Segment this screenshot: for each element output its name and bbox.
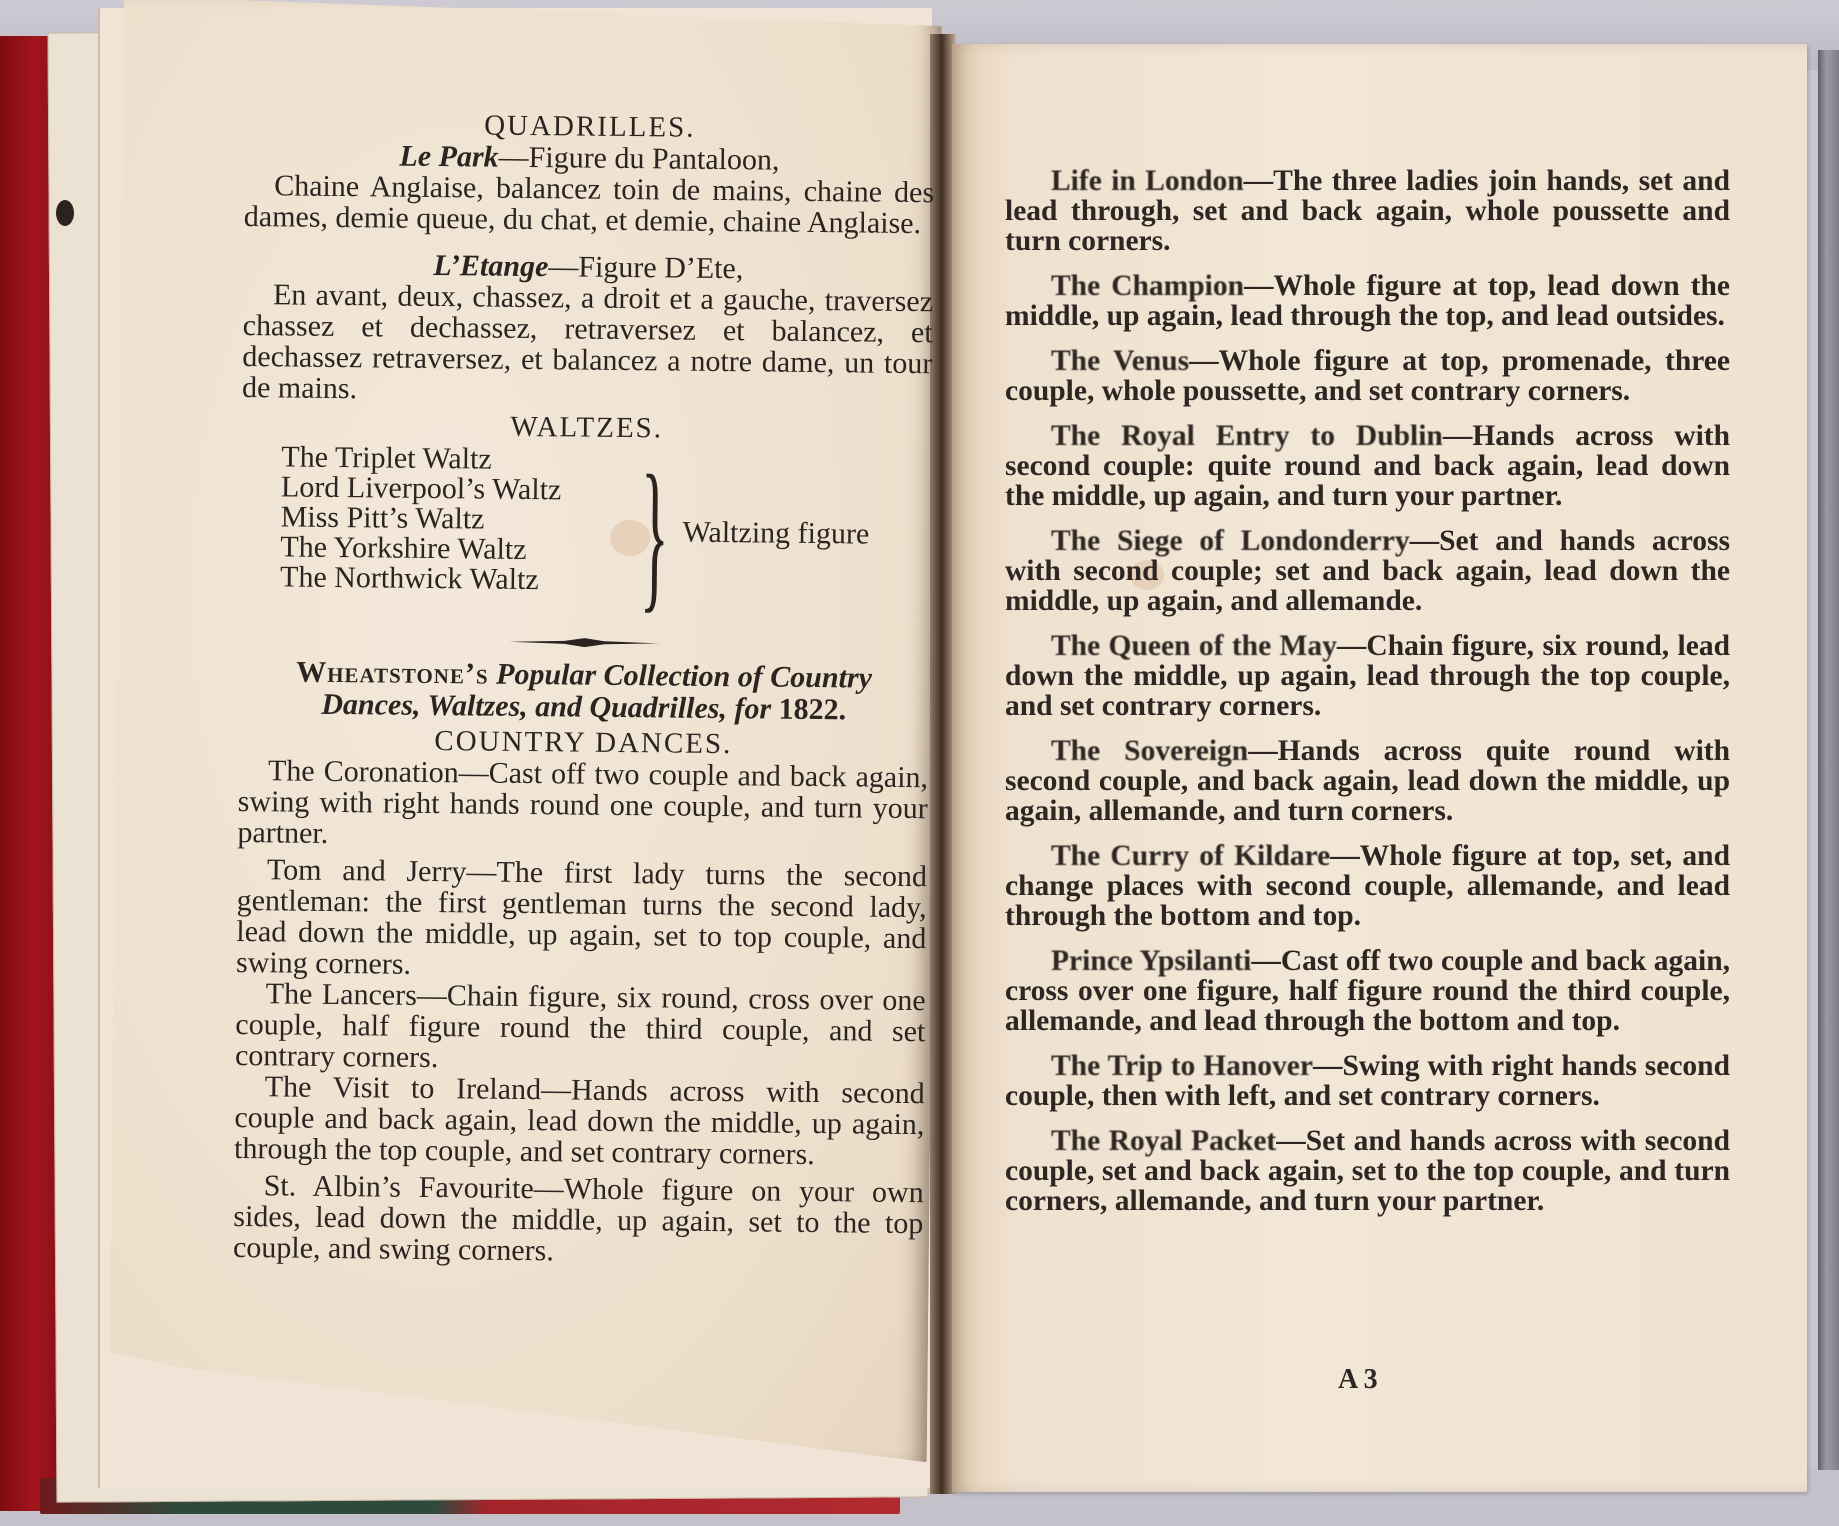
dance-name: The Venus: [1051, 345, 1189, 377]
dance-entry: St. Albin’s Favourite—Whole figure on yo…: [233, 1170, 924, 1270]
dance-name: The Coronation: [268, 754, 459, 789]
dance-entry: The Coronation—Cast off two couple and b…: [237, 755, 928, 855]
dance-entry: The Siege of Londonderry—Set and hands a…: [1005, 526, 1730, 616]
dance-entry: The Sovereign—Hands across quite round w…: [1005, 736, 1730, 826]
dance-name: The Royal Entry to Dublin: [1051, 420, 1443, 452]
ornament-divider-icon: [509, 637, 659, 649]
dance-entry: The Champion—Whole figure at top, lead d…: [1005, 271, 1730, 331]
curly-brace-icon: }: [640, 454, 670, 614]
collection-title-line2: Dances, Waltzes, and Quadrilles, for: [321, 688, 771, 726]
dance-entry: The Trip to Hanover—Swing with right han…: [1005, 1051, 1730, 1111]
dance-name: The Sovereign: [1051, 735, 1248, 767]
binding-hole: [56, 200, 74, 226]
dance-name: Prince Ypsilanti: [1051, 945, 1251, 977]
dance-entry: The Queen of the May—Chain figure, six r…: [1005, 631, 1730, 721]
collection-title: Wheatstone’s Popular Collection of Count…: [239, 656, 930, 727]
right-page-edge: [1818, 50, 1839, 1470]
waltz-item: The Northwick Waltz: [280, 562, 561, 595]
dance-entry: Prince Ypsilanti—Cast off two couple and…: [1005, 946, 1730, 1036]
dance-entry: Life in London—The three ladies join han…: [1005, 166, 1730, 256]
dance-name: The Curry of Kildare: [1051, 840, 1330, 872]
quadrille-text: En avant, deux, chassez, a droit et a ga…: [242, 279, 933, 410]
quadrille-figure: —Figure D’Ete,: [548, 250, 743, 285]
right-page-text: Life in London—The three ladies join han…: [1005, 166, 1730, 1231]
dance-entry: Tom and Jerry—The first lady turns the s…: [236, 854, 927, 985]
dance-entry: The Venus—Whole figure at top, promenade…: [1005, 346, 1730, 406]
publisher-name: Wheatstone’s: [296, 656, 489, 691]
dance-name: The Royal Packet: [1051, 1125, 1276, 1157]
signature-mark: A 3: [1338, 1364, 1378, 1396]
dance-name: The Lancers: [266, 977, 417, 1012]
dance-name: The Siege of Londonderry: [1051, 525, 1410, 557]
collection-title-line1: Popular Collection of Country: [496, 658, 872, 695]
waltz-list: The Triplet Waltz Lord Liverpool’s Waltz…: [280, 442, 562, 595]
dance-entry: The Lancers—Chain figure, six round, cro…: [235, 978, 926, 1078]
dance-name: The Champion: [1051, 270, 1244, 302]
dance-entry: The Royal Packet—Set and hands across wi…: [1005, 1126, 1730, 1216]
dance-name: Life in London: [1051, 165, 1244, 197]
left-page-text: QUADRILLES. Le Park—Figure du Pantaloon,…: [233, 108, 935, 1270]
waltzing-figure-label: Waltzing figure: [682, 517, 869, 550]
quadrille-name: Le Park: [399, 140, 498, 174]
waltz-list-block: The Triplet Waltz Lord Liverpool’s Waltz…: [240, 442, 932, 631]
quadrille-text: Chaine Anglaise, balancez toin de mains,…: [244, 170, 935, 239]
dance-name: The Queen of the May: [1051, 630, 1337, 662]
quadrille-name: L’Etange: [433, 249, 548, 283]
dance-entry: The Curry of Kildare—Whole figure at top…: [1005, 841, 1730, 931]
dance-name: The Trip to Hanover: [1051, 1050, 1313, 1082]
dance-name: Tom and Jerry: [267, 853, 467, 888]
dance-entry: The Visit to Ireland—Hands across with s…: [234, 1071, 925, 1171]
collection-year: 1822.: [778, 693, 846, 727]
dance-entry: The Royal Entry to Dublin—Hands across w…: [1005, 421, 1730, 511]
